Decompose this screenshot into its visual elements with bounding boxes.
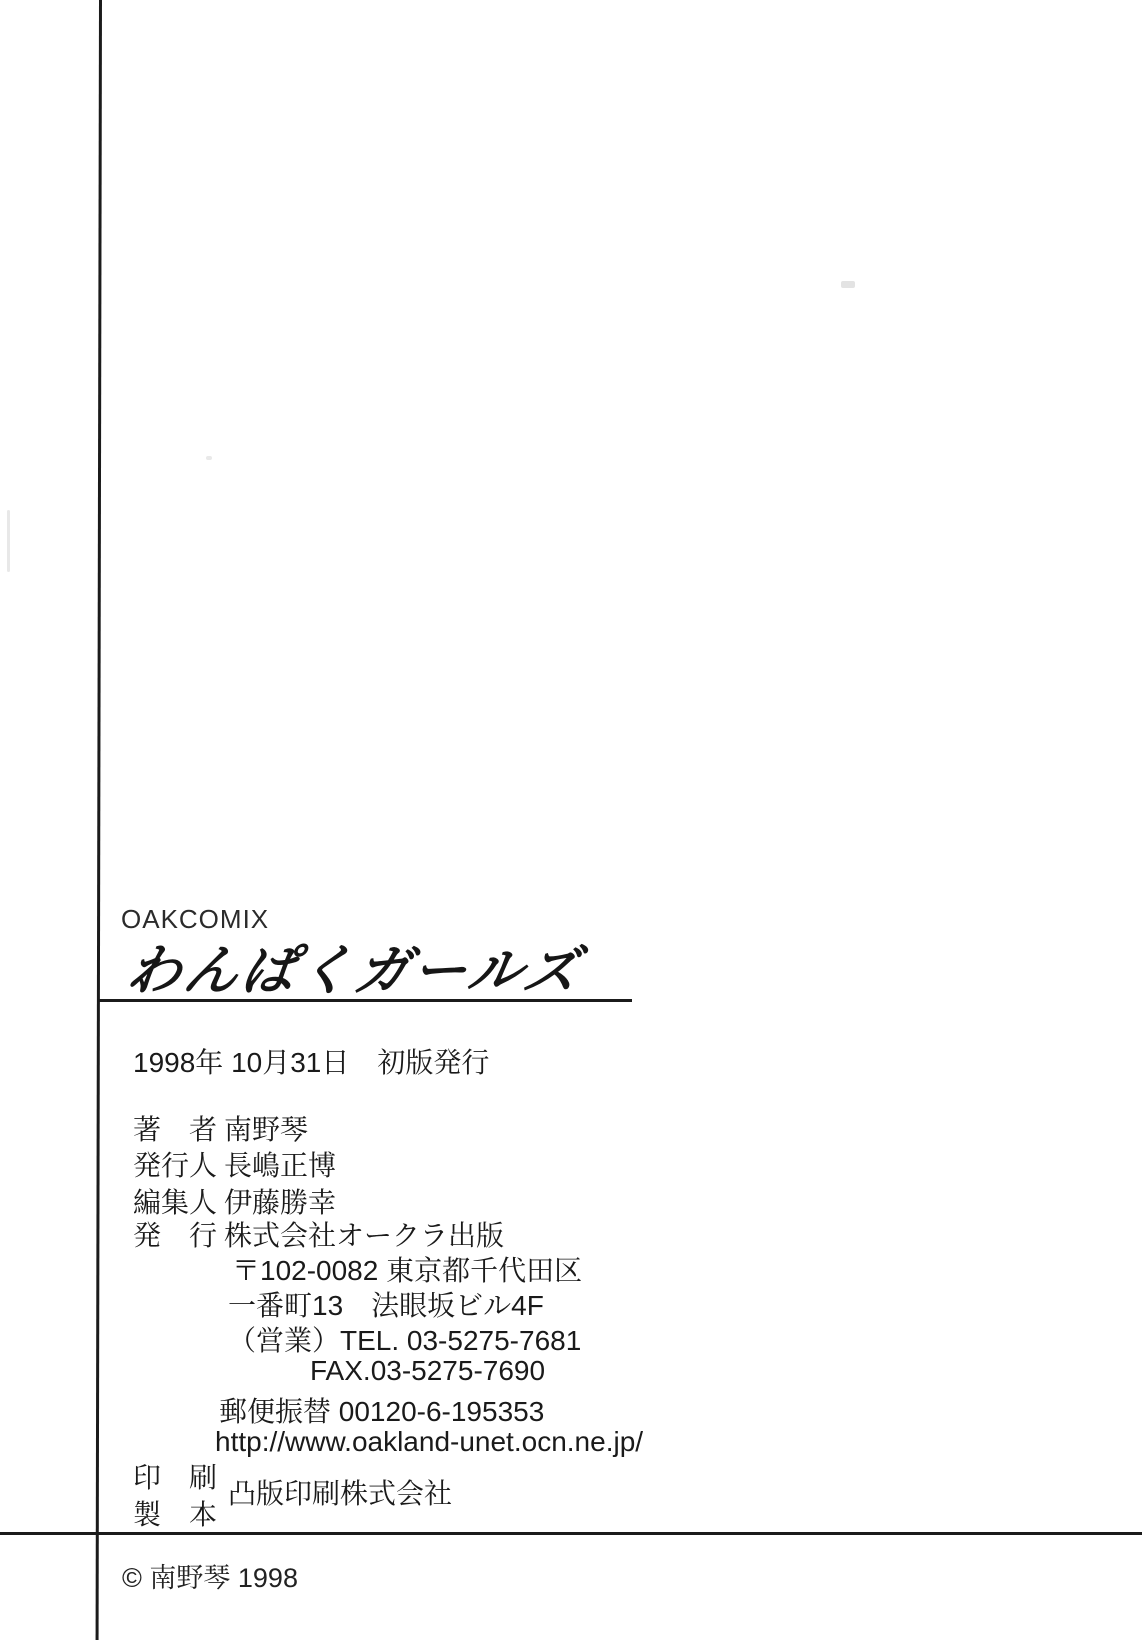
scan-artifact <box>841 281 855 288</box>
book-title: わんぱくガールズ <box>122 928 588 1005</box>
credit-label-publishing-house: 発 行 <box>133 1214 217 1254</box>
credit-value-publishing-house: 株式会社オークラ出版 <box>224 1214 504 1254</box>
printing-company: 凸版印刷株式会社 <box>228 1472 452 1512</box>
credit-value-author: 南野琴 <box>224 1108 308 1148</box>
scan-artifact <box>206 456 212 460</box>
printing-label: 印 刷 <box>133 1456 217 1496</box>
publisher-address-line2: 一番町13 法眼坂ビル4F <box>228 1284 544 1324</box>
publisher-address-line1: 〒102-0082 東京都千代田区 <box>232 1249 582 1289</box>
scan-artifact <box>7 510 10 572</box>
binding-label: 製 本 <box>133 1493 217 1533</box>
edition-date-line: 1998年 10月31日 初版発行 <box>133 1041 489 1081</box>
credit-label-publisher-person: 発行人 <box>133 1144 217 1184</box>
credit-value-publisher-person: 長嶋正博 <box>224 1144 336 1184</box>
publisher-fax-line: FAX.03-5275-7690 <box>310 1355 545 1387</box>
publisher-postal-transfer-line: 郵便振替 00120-6-195353 <box>219 1390 544 1430</box>
publisher-tel-line: （営業）TEL. 03-5275-7681 <box>228 1319 581 1359</box>
credit-label-author: 著 者 <box>133 1108 217 1148</box>
page-margin-rule <box>96 0 102 1640</box>
title-underline <box>99 999 632 1002</box>
copyright-line: © 南野琴 1998 <box>122 1556 298 1595</box>
publisher-url: http://www.oakland-unet.ocn.ne.jp/ <box>215 1426 643 1458</box>
